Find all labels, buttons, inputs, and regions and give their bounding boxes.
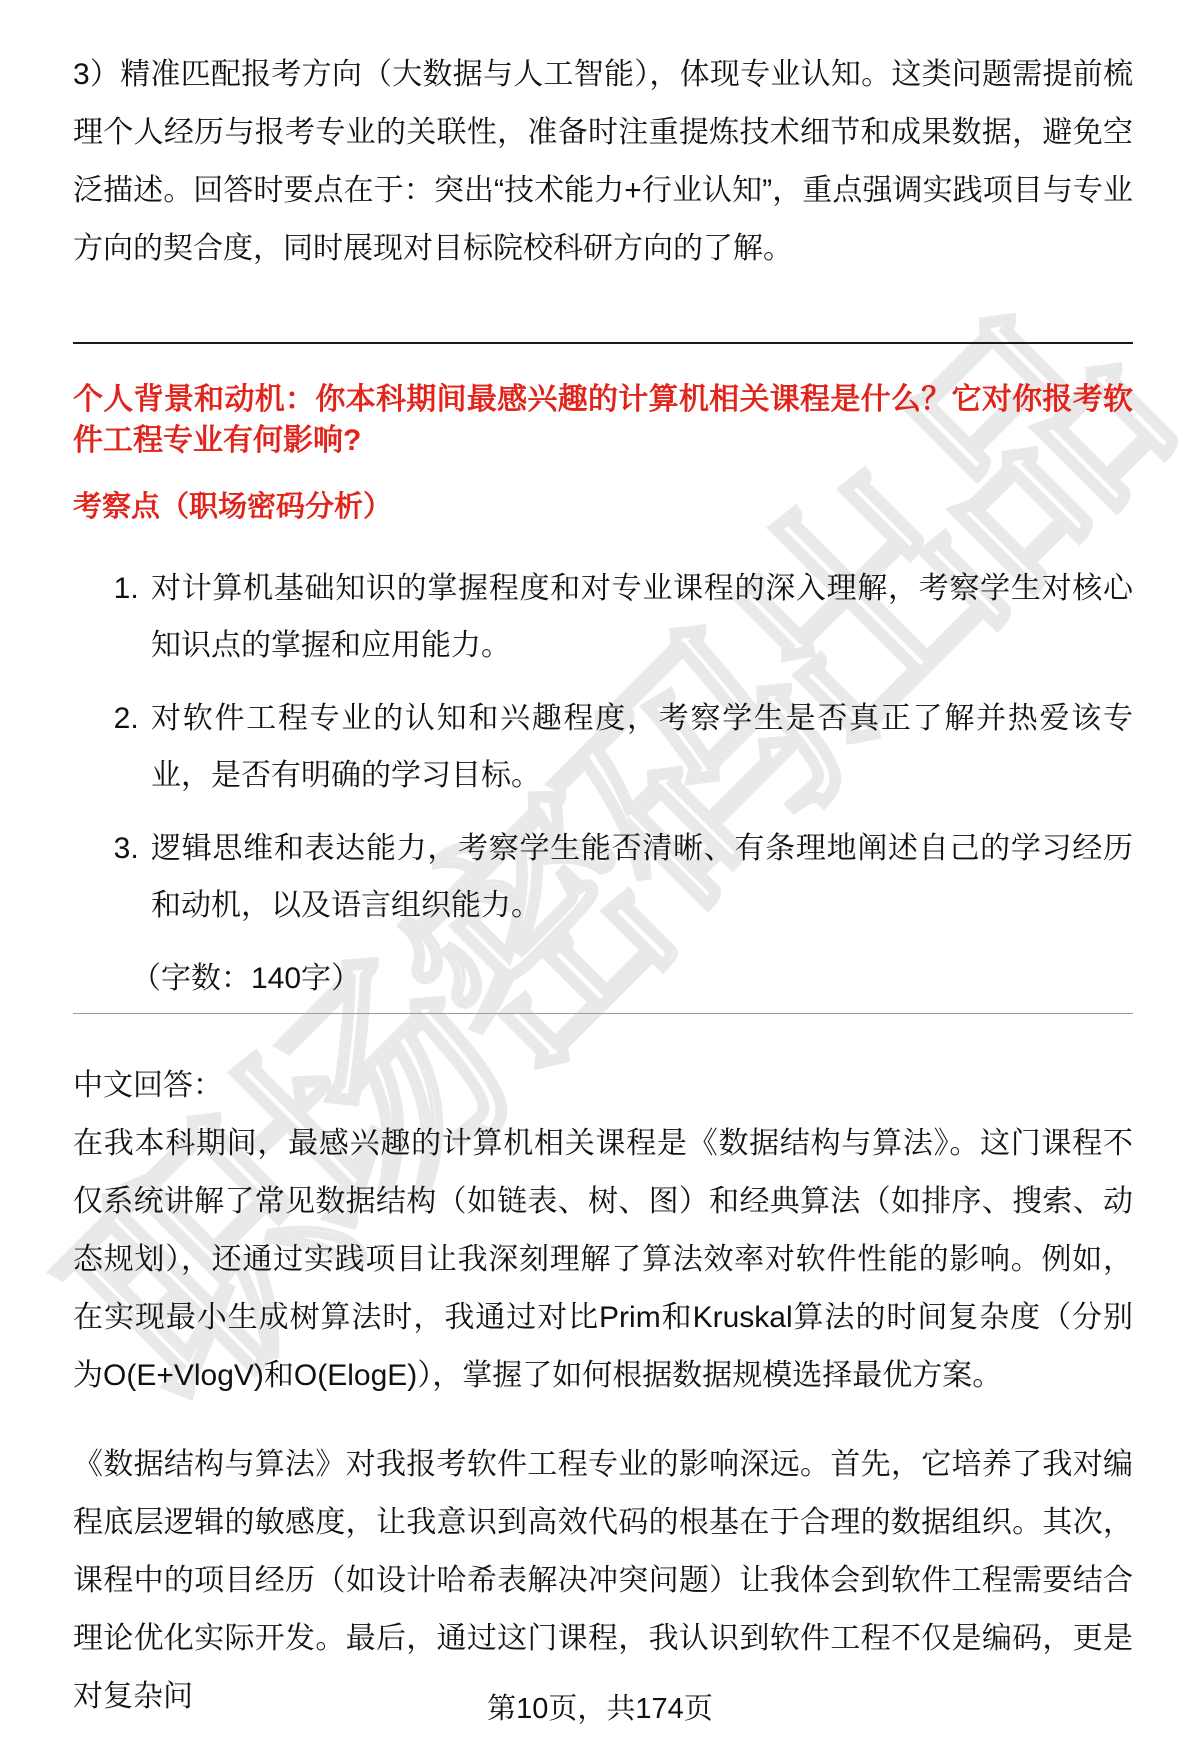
answer-label: 中文回答： [73,1057,1133,1115]
section-divider-top [73,342,1133,344]
document-page: 3）精准匹配报考方向（大数据与人工智能），体现专业认知。这类问题需提前梳理个人经… [0,0,1200,1726]
question-title: 个人背景和动机：你本科期间最感兴趣的计算机相关课程是什么？它对你报考软件工程专业… [73,379,1133,461]
analysis-point-item: 对计算机基础知识的掌握程度和对专业课程的深入理解，考察学生对核心知识点的掌握和应… [147,560,1133,674]
page-footer: 第10页，共174页 [0,1686,1200,1727]
answer-paragraph-1: 在我本科期间，最感兴趣的计算机相关课程是《数据结构与算法》。这门课程不仅系统讲解… [73,1115,1133,1405]
answer-paragraph-2: 《数据结构与算法》对我报考软件工程专业的影响深远。首先，它培养了我对编程底层逻辑… [73,1436,1133,1726]
section-divider-middle [73,1013,1133,1014]
intro-paragraph: 3）精准匹配报考方向（大数据与人工智能），体现专业认知。这类问题需提前梳理个人经… [73,46,1133,278]
word-count-note: （字数：140字） [131,950,1133,1007]
analysis-heading: 考察点（职场密码分析） [73,490,1133,524]
analysis-point-item: 逻辑思维和表达能力，考察学生能否清晰、有条理地阐述自己的学习经历和动机，以及语言… [147,820,1133,934]
analysis-points-list: 对计算机基础知识的掌握程度和对专业课程的深入理解，考察学生对核心知识点的掌握和应… [73,560,1133,934]
analysis-point-item: 对软件工程专业的认知和兴趣程度，考察学生是否真正了解并热爱该专业，是否有明确的学… [147,690,1133,804]
